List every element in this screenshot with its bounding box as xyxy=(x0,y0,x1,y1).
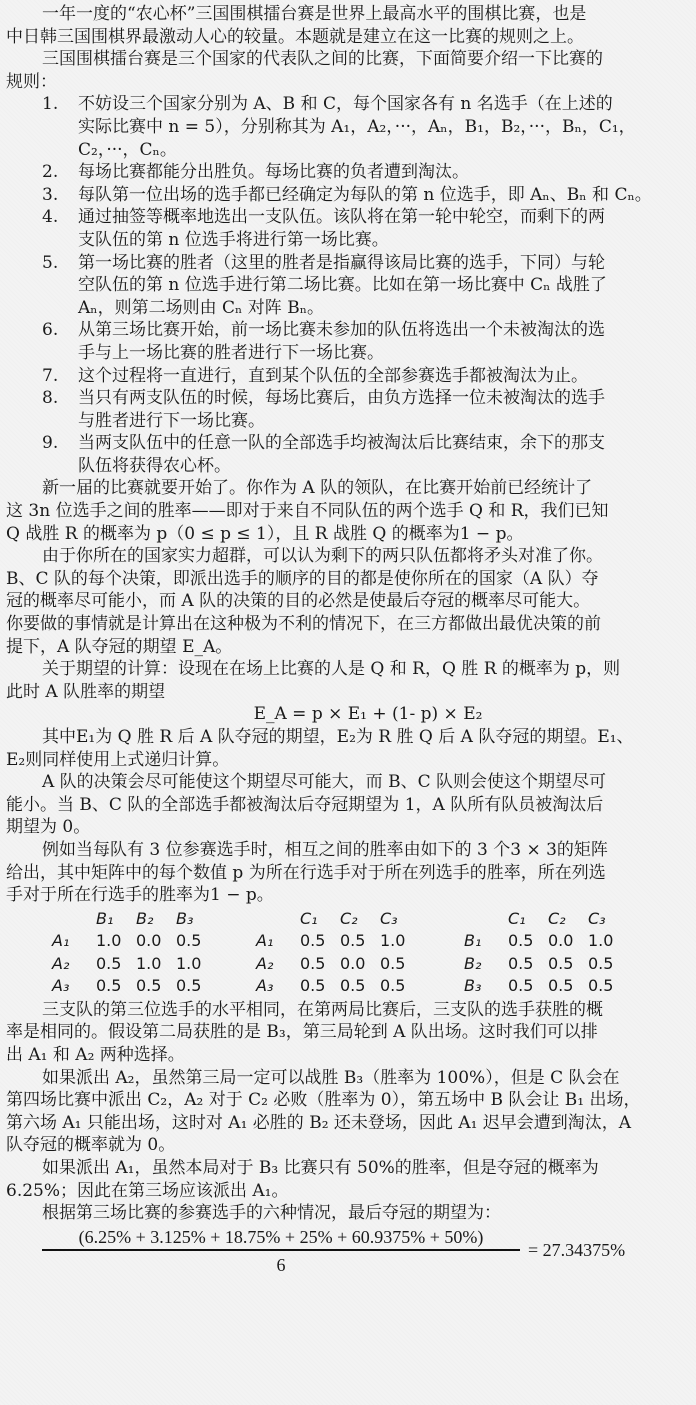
paragraph-task: 新一届的比赛就要开始了。你作为 A 队的领队，在比赛开始前已经统计了 这 3n … xyxy=(6,477,690,545)
matrix-row: A₃ 0.5 0.5 0.5 xyxy=(52,975,216,998)
text-line: 规则： xyxy=(6,71,690,94)
matrix-a-vs-b: B₁ B₂ B₃ A₁ 1.0 0.0 0.5 A₂ 0.5 1.0 1.0 xyxy=(52,907,216,997)
matrix-row: A₁ 1.0 0.0 0.5 xyxy=(52,929,216,952)
rule-item-8: 8.当只有两支队伍的时候，每场比赛后，由负方选择一位未被淘汰的选手 与胜者进行下… xyxy=(6,387,690,432)
text-line: 新一届的比赛就要开始了。你作为 A 队的领队，在比赛开始前已经统计了 xyxy=(6,477,690,500)
rule-text: 当两支队伍中的任意一队的全部选手均被淘汰后比赛结束，余下的那支 xyxy=(78,433,605,453)
cell: 0.5 xyxy=(96,952,136,975)
cell: 1.0 xyxy=(96,929,136,952)
cell: 0.5 xyxy=(176,929,216,952)
rule-item-4: 4.通过抽签等概率地选出一支队伍。该队将在第一轮中轮空，而剩下的两 支队伍的第 … xyxy=(6,206,690,251)
rule-item-9: 9.当两支队伍中的任意一队的全部选手均被淘汰后比赛结束，余下的那支 队伍将获得农… xyxy=(6,432,690,477)
rule-text: 通过抽签等概率地选出一支队伍。该队将在第一轮中轮空，而剩下的两 xyxy=(78,207,605,227)
cell: 0.5 xyxy=(548,975,588,998)
cell: 0.5 xyxy=(300,952,340,975)
rule-number: 6. xyxy=(6,319,78,342)
rule-number: 2. xyxy=(6,161,78,184)
text-line: 第四场比赛中派出 C₂，A₂ 对于 C₂ 必败（胜率为 0），第五场中 B 队会… xyxy=(6,1089,690,1112)
rule-text: 第一场比赛的胜者（这里的胜者是指赢得该局比赛的选手，下同）与轮 xyxy=(78,253,605,273)
rule-item-6: 6.从第三场比赛开始，前一场比赛未参加的队伍将选出一个未被淘汰的选 手与上一场比… xyxy=(6,319,690,364)
cell: 0.5 xyxy=(300,975,340,998)
matrix-row: B₂ 0.5 0.5 0.5 xyxy=(464,952,628,975)
rule-text: 当只有两支队伍的时候，每场比赛后，由负方选择一位未被淘汰的选手 xyxy=(78,388,605,408)
fraction-bar xyxy=(42,1249,520,1251)
cell: 0.5 xyxy=(588,975,628,998)
text-line: 这 3n 位选手之间的胜率——即对于来自不同队伍的两个选手 Q 和 R，我们已知 xyxy=(6,500,690,523)
text-line: 三支队的第三位选手的水平相同，在第两局比赛后，三支队的选手获胜的概 xyxy=(6,999,690,1022)
rules-list: 1.不妨设三个国家分别为 A、B 和 C，每个国家各有 n 名选手（在上述的 实… xyxy=(6,93,690,477)
text-line: 其中E₁为 Q 胜 R 后 A 队夺冠的期望，E₂为 R 胜 Q 后 A 队夺冠… xyxy=(6,726,690,749)
rule-text: 每队第一位出场的选手都已经确定为每队的第 n 位选手，即 Aₙ、Bₙ 和 Cₙ。 xyxy=(78,185,652,205)
cell: 0.5 xyxy=(300,929,340,952)
col-header: B₃ xyxy=(176,907,216,930)
text-line: 率是相同的。假设第二局获胜的是 B₃，第三局轮到 A 队出场。这时我们可以排 xyxy=(6,1021,690,1044)
rule-text: Aₙ，则第二场则由 Cₙ 对阵 Bₙ。 xyxy=(6,297,690,320)
cell: 1.0 xyxy=(588,929,628,952)
rule-text: 不妨设三个国家分别为 A、B 和 C，每个国家各有 n 名选手（在上述的 xyxy=(78,94,613,114)
cell: 0.0 xyxy=(136,929,176,952)
fraction-numerator: (6.25% + 3.125% + 18.75% + 25% + 60.9375… xyxy=(42,1225,520,1249)
text-line: 三国围棋擂台赛是三个国家的代表队之间的比赛，下面简要介绍一下比赛的 xyxy=(6,48,690,71)
text-line: 冠的概率尽可能小，而 A 队的决策的目的必然是使最后夺冠的概率尽可能大。 xyxy=(6,590,690,613)
matrix-a-vs-c: C₁ C₂ C₃ A₁ 0.5 0.5 1.0 A₂ 0.5 0.0 0.5 xyxy=(256,907,420,997)
rule-text: 支队伍的第 n 位选手将进行第一场比赛。 xyxy=(6,229,690,252)
cell: 0.5 xyxy=(340,929,380,952)
cell: 0.5 xyxy=(136,975,176,998)
rule-item-1: 1.不妨设三个国家分别为 A、B 和 C，每个国家各有 n 名选手（在上述的 实… xyxy=(6,93,690,161)
rule-number: 3. xyxy=(6,184,78,207)
rule-number: 8. xyxy=(6,387,78,410)
matrix-row: B₃ 0.5 0.5 0.5 xyxy=(464,975,628,998)
row-header: B₃ xyxy=(464,975,508,998)
matrix-row: A₃ 0.5 0.5 0.5 xyxy=(256,975,420,998)
cell: 1.0 xyxy=(176,952,216,975)
cell: 0.5 xyxy=(508,975,548,998)
cell: 1.0 xyxy=(136,952,176,975)
cell: 1.0 xyxy=(380,929,420,952)
rule-item-3: 3.每队第一位出场的选手都已经确定为每队的第 n 位选手，即 Aₙ、Bₙ 和 C… xyxy=(6,184,690,207)
rule-text: 每场比赛都能分出胜负。每场比赛的负者遭到淘汰。 xyxy=(78,162,469,182)
cell: 0.5 xyxy=(380,975,420,998)
col-header: C₂ xyxy=(340,907,380,930)
col-header: C₃ xyxy=(588,907,628,930)
fraction-denominator: 6 xyxy=(42,1253,520,1277)
text-line: 能小。当 B、C 队的全部选手都被淘汰后夺冠期望为 1，A 队所有队员被淘汰后 xyxy=(6,794,690,817)
text-line: 队夺冠的概率就为 0。 xyxy=(6,1134,690,1157)
paragraph-case-a1: 如果派出 A₁，虽然本局对于 B₃ 比赛只有 50%的胜率，但是夺冠的概率为 6… xyxy=(6,1157,690,1202)
text-line: B、C 队的每个决策，即派出选手的顺序的目的都是使你所在的国家（A 队）夺 xyxy=(6,568,690,591)
text-line: Q 战胜 R 的概率为 p（0 ≤ p ≤ 1），且 R 战胜 Q 的概率为1 … xyxy=(6,523,690,546)
text-line: 6.25%；因此在第三场应该派出 A₁。 xyxy=(6,1180,690,1203)
matrix-b-vs-c: C₁ C₂ C₃ B₁ 0.5 0.0 1.0 B₂ 0.5 0.5 0.5 xyxy=(464,907,628,997)
text-line: 一年一度的“农心杯”三国围棋擂台赛是世界上最高水平的围棋比赛，也是 xyxy=(6,3,690,26)
cell: 0.5 xyxy=(508,929,548,952)
rule-number: 1. xyxy=(6,93,78,116)
paragraph-strategy: 由于你所在的国家实力超群，可以认为剩下的两只队伍都将矛头对准了你。 B、C 队的… xyxy=(6,545,690,658)
intro-paragraph-2: 三国围棋擂台赛是三个国家的代表队之间的比赛，下面简要介绍一下比赛的 规则： xyxy=(6,48,690,93)
matrix-row: A₂ 0.5 1.0 1.0 xyxy=(52,952,216,975)
text-line: 如果派出 A₂，虽然第三局一定可以战胜 B₃（胜率为 100%），但是 C 队会… xyxy=(6,1067,690,1090)
rule-item-2: 2.每场比赛都能分出胜负。每场比赛的负者遭到淘汰。 xyxy=(6,161,690,184)
fraction: (6.25% + 3.125% + 18.75% + 25% + 60.9375… xyxy=(42,1225,520,1277)
matrix-row: A₁ 0.5 0.5 1.0 xyxy=(256,929,420,952)
paragraph-recursion: 其中E₁为 Q 胜 R 后 A 队夺冠的期望，E₂为 R 胜 Q 后 A 队夺冠… xyxy=(6,726,690,771)
cell: 0.5 xyxy=(548,952,588,975)
row-header: A₂ xyxy=(256,952,300,975)
rule-number: 9. xyxy=(6,432,78,455)
rule-text: 队伍将获得农心杯。 xyxy=(6,455,690,478)
text-line: 例如当每队有 3 位参赛选手时，相互之间的胜率由如下的 3 个3 × 3的矩阵 xyxy=(6,839,690,862)
text-line: 由于你所在的国家实力超群，可以认为剩下的两只队伍都将矛头对准了你。 xyxy=(6,545,690,568)
cell: 0.0 xyxy=(340,952,380,975)
rule-text: 实际比赛中 n = 5），分别称其为 A₁，A₂，···，Aₙ，B₁，B₂，··… xyxy=(6,116,690,139)
rule-text: 与胜者进行下一场比赛。 xyxy=(6,410,690,433)
rule-number: 5. xyxy=(6,252,78,275)
rule-text: C₂，···，Cₙ。 xyxy=(6,139,690,162)
paragraph-example: 例如当每队有 3 位参赛选手时，相互之间的胜率由如下的 3 个3 × 3的矩阵 … xyxy=(6,839,690,907)
text-line: 此时 A 队胜率的期望 xyxy=(6,681,690,704)
rule-text: 这个过程将一直进行，直到某个队伍的全部参赛选手都被淘汰为止。 xyxy=(78,366,588,386)
row-header: A₁ xyxy=(52,929,96,952)
text-line: 关于期望的计算：设现在在场上比赛的人是 Q 和 R，Q 胜 R 的概率为 p，则 xyxy=(6,658,690,681)
matrix-row: B₁ 0.5 0.0 1.0 xyxy=(464,929,628,952)
col-header: C₁ xyxy=(300,907,340,930)
row-header: A₃ xyxy=(52,975,96,998)
rule-number: 4. xyxy=(6,206,78,229)
col-header: B₂ xyxy=(136,907,176,930)
paragraph-conclusion: 根据第三场比赛的参赛选手的六种情况，最后夺冠的期望为： xyxy=(6,1202,690,1225)
rule-text: 从第三场比赛开始，前一场比赛未参加的队伍将选出一个未被淘汰的选 xyxy=(78,320,605,340)
cell: 0.5 xyxy=(508,952,548,975)
final-fraction-formula: (6.25% + 3.125% + 18.75% + 25% + 60.9375… xyxy=(6,1225,690,1285)
row-header: B₂ xyxy=(464,952,508,975)
cell: 0.5 xyxy=(588,952,628,975)
cell: 0.5 xyxy=(96,975,136,998)
fraction-result: = 27.34375% xyxy=(528,1240,625,1261)
text-line: 第六场 A₁ 只能出场，这时对 A₁ 必胜的 B₂ 还未登场，因此 A₁ 迟早会… xyxy=(6,1112,690,1135)
row-header: B₁ xyxy=(464,929,508,952)
text-line: 手对于所在行选手的胜率为1 − p。 xyxy=(6,884,690,907)
problem-document: 一年一度的“农心杯”三国围棋擂台赛是世界上最高水平的围棋比赛，也是 中日韩三国围… xyxy=(6,3,690,1285)
text-line: 如果派出 A₁，虽然本局对于 B₃ 比赛只有 50%的胜率，但是夺冠的概率为 xyxy=(6,1157,690,1180)
matrix-row: A₂ 0.5 0.0 0.5 xyxy=(256,952,420,975)
text-line: 给出，其中矩阵中的每个数值 p 为所在行选手对于所在列选手的胜率，所在列选 xyxy=(6,862,690,885)
col-header: C₁ xyxy=(508,907,548,930)
win-rate-matrices: B₁ B₂ B₃ A₁ 1.0 0.0 0.5 A₂ 0.5 1.0 1.0 xyxy=(6,907,690,999)
text-line: 你要做的事情就是计算出在这种极为不利的情况下，在三方都做出最优决策的前 xyxy=(6,613,690,636)
rule-number: 7. xyxy=(6,365,78,388)
row-header: A₁ xyxy=(256,929,300,952)
text-line: A 队的决策会尽可能使这个期望尽可能大，而 B、C 队则会使这个期望尽可 xyxy=(6,771,690,794)
cell: 0.5 xyxy=(340,975,380,998)
cell: 0.0 xyxy=(548,929,588,952)
row-header: A₃ xyxy=(256,975,300,998)
rule-item-5: 5.第一场比赛的胜者（这里的胜者是指赢得该局比赛的选手，下同）与轮 空队伍的第 … xyxy=(6,252,690,320)
row-header: A₂ xyxy=(52,952,96,975)
paragraph-analysis: 三支队的第三位选手的水平相同，在第两局比赛后，三支队的选手获胜的概 率是相同的。… xyxy=(6,999,690,1067)
cell: 0.5 xyxy=(176,975,216,998)
cell: 0.5 xyxy=(380,952,420,975)
col-header: C₃ xyxy=(380,907,420,930)
intro-paragraph-1: 一年一度的“农心杯”三国围棋擂台赛是世界上最高水平的围棋比赛，也是 中日韩三国围… xyxy=(6,3,690,48)
paragraph-decisions: A 队的决策会尽可能使这个期望尽可能大，而 B、C 队则会使这个期望尽可 能小。… xyxy=(6,771,690,839)
text-line: 中日韩三国围棋界最激动人心的较量。本题就是建立在这一比赛的规则之上。 xyxy=(6,26,690,49)
text-line: 期望为 0。 xyxy=(6,816,690,839)
paragraph-case-a2: 如果派出 A₂，虽然第三局一定可以战胜 B₃（胜率为 100%），但是 C 队会… xyxy=(6,1067,690,1157)
col-header: C₂ xyxy=(548,907,588,930)
expectation-formula: E_A = p × E₁ + (1- p) × E₂ xyxy=(6,703,690,726)
rule-text: 手与上一场比赛的胜者进行下一场比赛。 xyxy=(6,342,690,365)
col-header: B₁ xyxy=(96,907,136,930)
text-line: 提下，A 队夺冠的期望 E_A。 xyxy=(6,636,690,659)
text-line: 根据第三场比赛的参赛选手的六种情况，最后夺冠的期望为： xyxy=(6,1202,690,1225)
text-line: E₂则同样使用上式递归计算。 xyxy=(6,749,690,772)
rule-item-7: 7.这个过程将一直进行，直到某个队伍的全部参赛选手都被淘汰为止。 xyxy=(6,365,690,388)
rule-text: 空队伍的第 n 位选手进行第二场比赛。比如在第一场比赛中 Cₙ 战胜了 xyxy=(6,274,690,297)
paragraph-expectation: 关于期望的计算：设现在在场上比赛的人是 Q 和 R，Q 胜 R 的概率为 p，则… xyxy=(6,658,690,703)
text-line: 出 A₁ 和 A₂ 两种选择。 xyxy=(6,1044,690,1067)
